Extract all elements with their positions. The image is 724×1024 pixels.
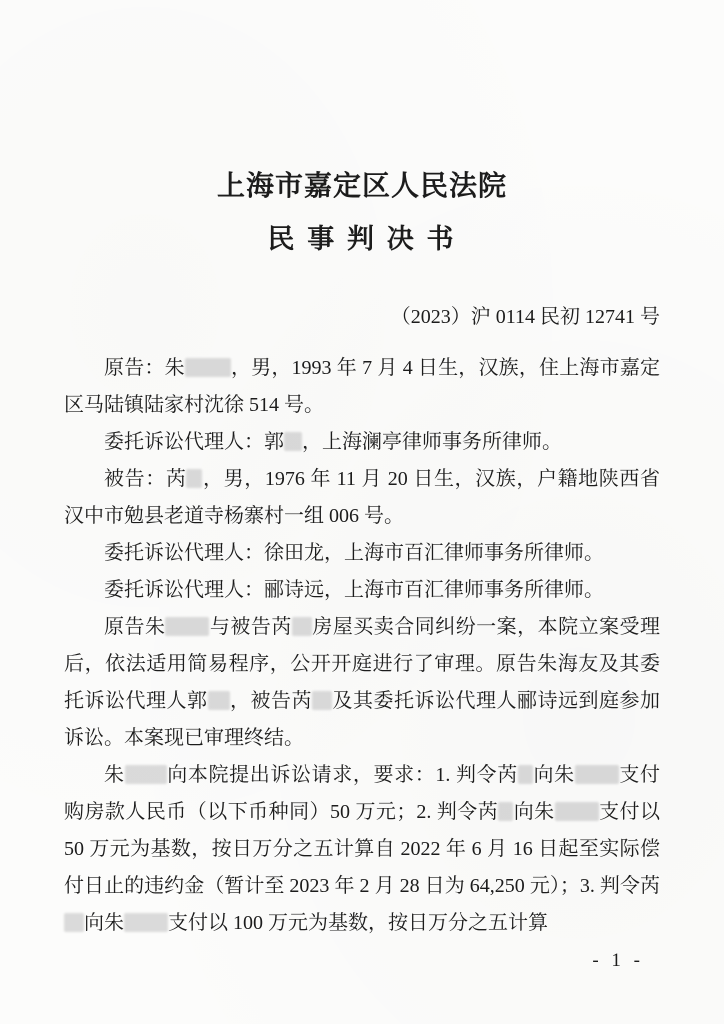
paragraph: 委托诉讼代理人：郦诗远，上海市百汇律师事务所律师。 bbox=[64, 572, 660, 609]
redacted-name bbox=[518, 765, 533, 784]
judgment-body-text: 原告：朱，男，1993 年 7 月 4 日生，汉族，住上海市嘉定区马陆镇陆家村沈… bbox=[64, 350, 660, 942]
paragraph: 原告朱与被告芮房屋买卖合同纠纷一案，本院立案受理后，依法适用简易程序，公开开庭进… bbox=[64, 609, 660, 757]
redacted-name bbox=[555, 802, 599, 821]
redacted-name bbox=[498, 802, 513, 821]
redacted-name bbox=[186, 469, 202, 488]
redacted-name bbox=[312, 691, 332, 710]
paragraph: 朱向本院提出诉讼请求，要求：1. 判令芮向朱支付购房款人民币（以下币种同）50 … bbox=[64, 757, 660, 942]
page-number: - 1 - bbox=[592, 950, 644, 972]
paragraph: 委托诉讼代理人：郭，上海澜亭律师事务所律师。 bbox=[64, 424, 660, 461]
redacted-name bbox=[208, 691, 230, 710]
case-number: （2023）沪 0114 民初 12741 号 bbox=[64, 302, 660, 332]
document-type-title: 民 事 判 决 书 bbox=[0, 220, 724, 258]
paragraph: 委托诉讼代理人：徐田龙，上海市百汇律师事务所律师。 bbox=[64, 535, 660, 572]
paragraph: 原告：朱，男，1993 年 7 月 4 日生，汉族，住上海市嘉定区马陆镇陆家村沈… bbox=[64, 350, 660, 424]
paragraph: 被告：芮，男，1976 年 11 月 20 日生，汉族，户籍地陕西省汉中市勉县老… bbox=[64, 461, 660, 535]
redacted-name bbox=[575, 765, 619, 784]
redacted-name bbox=[125, 765, 167, 784]
redacted-name bbox=[284, 432, 302, 451]
redacted-name bbox=[292, 617, 312, 636]
redacted-name bbox=[185, 358, 231, 377]
judgment-document-page: 上海市嘉定区人民法院 民 事 判 决 书 （2023）沪 0114 民初 127… bbox=[0, 0, 724, 1024]
court-name: 上海市嘉定区人民法院 bbox=[0, 0, 724, 208]
redacted-name bbox=[64, 913, 84, 932]
redacted-name bbox=[124, 913, 168, 932]
redacted-name bbox=[165, 617, 209, 636]
